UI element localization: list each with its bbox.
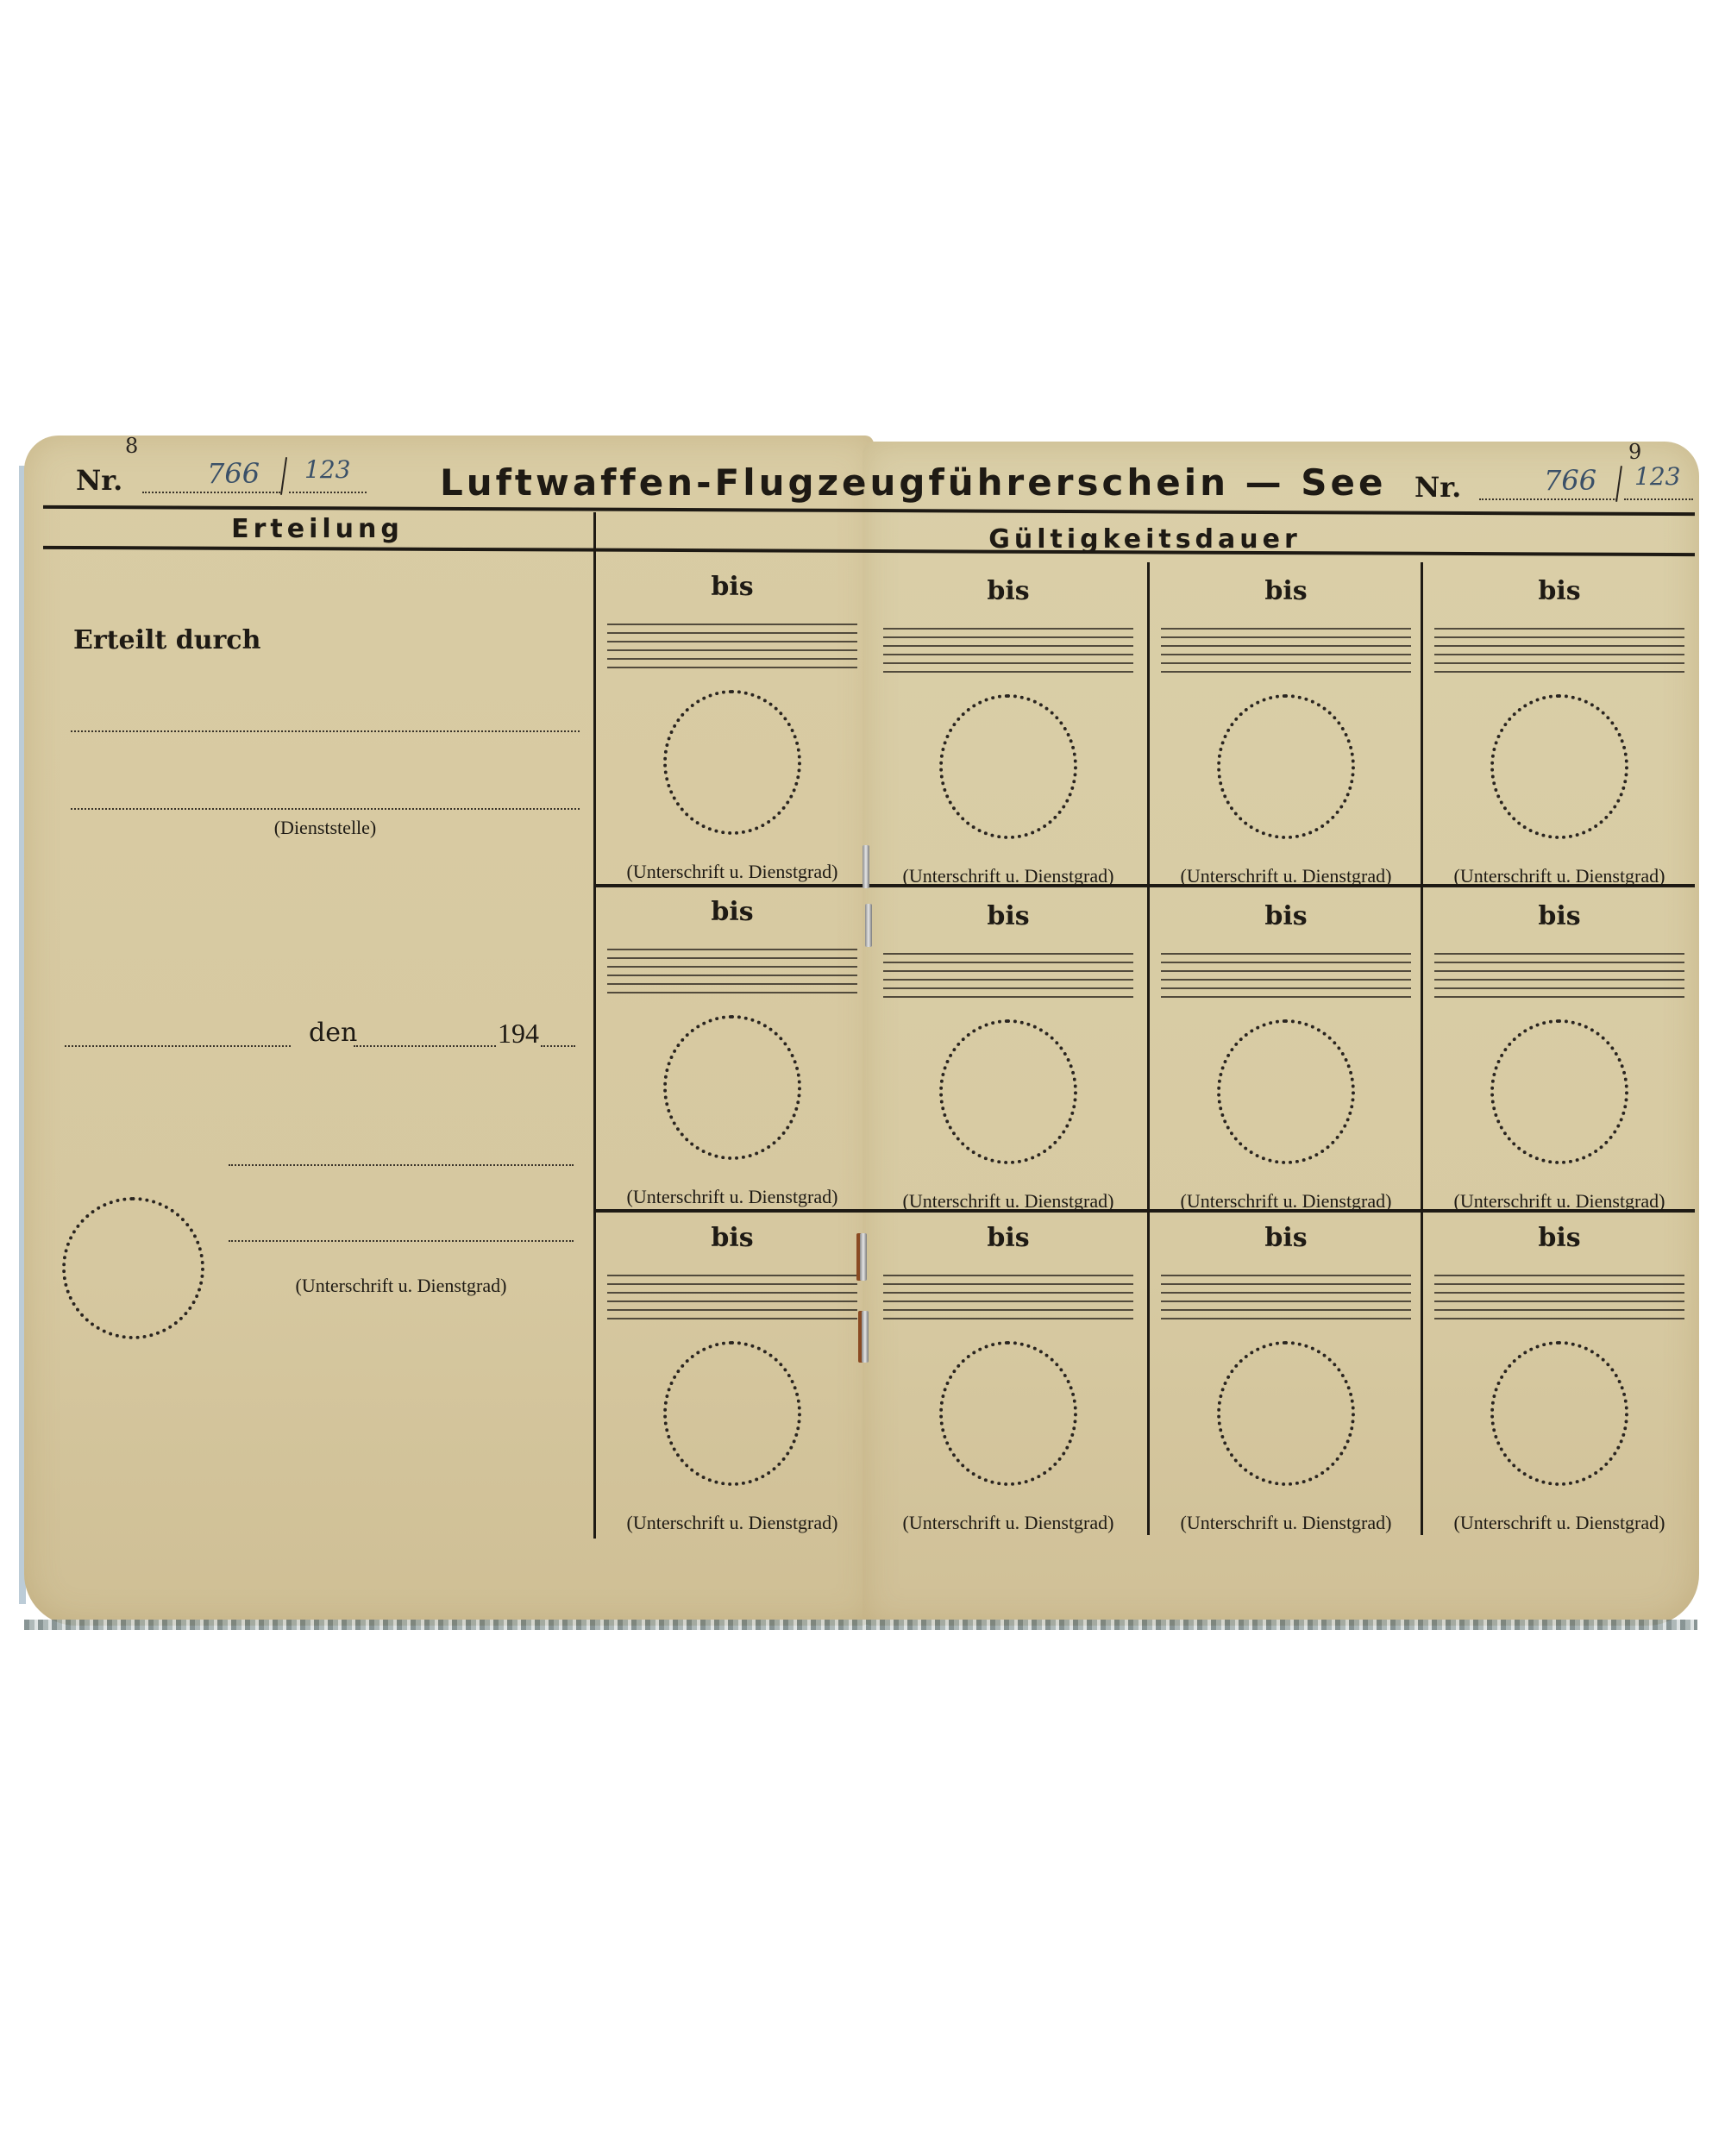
- signature-caption: (Unterschrift u. Dienstgrad): [871, 1512, 1145, 1534]
- bis-label: bis: [871, 576, 1145, 606]
- validity-cell: bis (Unterschrift u. Dienstgrad): [871, 569, 1145, 893]
- stamp-circle: [1217, 1341, 1355, 1486]
- validity-cell: bis (Unterschrift u. Dienstgrad): [595, 565, 869, 888]
- date-den-label: den: [309, 1018, 357, 1048]
- nr-sub-left: 123: [304, 455, 350, 484]
- nr-field-left: [142, 490, 280, 493]
- nr-value-right: 766: [1544, 464, 1596, 497]
- signature-caption: (Unterschrift u. Dienstgrad): [1149, 865, 1423, 887]
- section-heading-erteilung: Erteilung: [43, 514, 592, 544]
- staple-bottom-lower: [862, 1311, 869, 1363]
- signature-caption: (Unterschrift u. Dienstgrad): [1422, 1190, 1697, 1213]
- signature-caption: (Unterschrift u. Dienstgrad): [1422, 1512, 1697, 1534]
- signature-caption: (Unterschrift u. Dienstgrad): [1149, 1190, 1423, 1213]
- bis-label: bis: [1422, 576, 1697, 606]
- date-entry-lines[interactable]: [883, 628, 1133, 673]
- date-entry-lines[interactable]: [883, 1275, 1133, 1319]
- nr-label-left: Nr.: [76, 464, 122, 497]
- stamp-circle: [1217, 694, 1355, 839]
- stamp-circle: [939, 694, 1077, 839]
- validity-cell: bis (Unterschrift u. Dienstgrad): [871, 1216, 1145, 1539]
- signature-caption: (Unterschrift u. Dienstgrad): [1149, 1512, 1423, 1534]
- stamp-circle: [1490, 694, 1628, 839]
- nr-field-right: [1479, 497, 1617, 500]
- staple-top-upper: [862, 845, 869, 888]
- validity-cell: bis (Unterschrift u. Dienstgrad): [1422, 569, 1697, 893]
- signature-caption: (Unterschrift u. Dienstgrad): [595, 1186, 869, 1208]
- bis-label: bis: [1149, 576, 1423, 606]
- staple-top-lower: [865, 904, 872, 947]
- nr-label-right: Nr.: [1414, 471, 1461, 504]
- nr-sub-right: 123: [1634, 462, 1680, 491]
- document-title: Luftwaffen-Flugzeugführerschein — See: [440, 461, 1387, 504]
- validity-cell: bis (Unterschrift u. Dienstgrad): [595, 1216, 869, 1539]
- bis-label: bis: [871, 901, 1145, 931]
- bis-label: bis: [595, 572, 869, 602]
- stamp-circle: [1217, 1019, 1355, 1164]
- validity-cell: bis (Unterschrift u. Dienstgrad): [595, 890, 869, 1213]
- signature-caption: (Unterschrift u. Dienstgrad): [871, 1190, 1145, 1213]
- bis-label: bis: [595, 1223, 869, 1253]
- validity-cell: bis (Unterschrift u. Dienstgrad): [1422, 1216, 1697, 1539]
- date-entry-lines[interactable]: [1434, 953, 1684, 998]
- date-field[interactable]: [354, 1044, 496, 1047]
- stamp-circle: [663, 690, 801, 835]
- validity-cell: bis (Unterschrift u. Dienstgrad): [1422, 894, 1697, 1218]
- date-entry-lines[interactable]: [1161, 953, 1411, 998]
- date-entry-lines[interactable]: [1434, 1275, 1684, 1319]
- bottom-cover-edge: [24, 1620, 1697, 1630]
- date-entry-lines[interactable]: [1161, 628, 1411, 673]
- stamp-circle: [939, 1341, 1077, 1486]
- bis-label: bis: [1422, 901, 1697, 931]
- date-entry-lines[interactable]: [883, 953, 1133, 998]
- year-suffix-field[interactable]: [541, 1044, 575, 1047]
- signature-caption: (Unterschrift u. Dienstgrad): [595, 861, 869, 883]
- date-entry-lines[interactable]: [607, 1275, 857, 1319]
- stamp-circle: [939, 1019, 1077, 1164]
- place-field[interactable]: [65, 1044, 291, 1047]
- page-number-right: 9: [1628, 440, 1641, 464]
- signature-caption: (Unterschrift u. Dienstgrad): [1422, 865, 1697, 887]
- issued-by-label: Erteilt durch: [73, 625, 260, 655]
- nr-sub-field-right: [1624, 497, 1693, 500]
- signature-caption-left: (Unterschrift u. Dienstgrad): [229, 1275, 574, 1297]
- validity-cell: bis (Unterschrift u. Dienstgrad): [871, 894, 1145, 1218]
- date-entry-lines[interactable]: [1161, 1275, 1411, 1319]
- issued-by-line-1[interactable]: [71, 729, 580, 732]
- signature-line-2[interactable]: [229, 1238, 574, 1242]
- date-year-prefix: 194: [498, 1018, 539, 1050]
- official-seal-circle: [62, 1197, 204, 1339]
- date-entry-lines[interactable]: [607, 949, 857, 993]
- office-caption: (Dienststelle): [71, 817, 580, 839]
- signature-line-1[interactable]: [229, 1163, 574, 1166]
- signature-caption: (Unterschrift u. Dienstgrad): [871, 865, 1145, 887]
- validity-cell: bis (Unterschrift u. Dienstgrad): [1149, 894, 1423, 1218]
- stamp-circle: [1490, 1019, 1628, 1164]
- bis-label: bis: [1422, 1223, 1697, 1253]
- bis-label: bis: [1149, 1223, 1423, 1253]
- validity-cell: bis (Unterschrift u. Dienstgrad): [1149, 1216, 1423, 1539]
- staple-bottom-upper: [860, 1233, 867, 1281]
- nr-value-left: 766: [207, 457, 260, 490]
- page-number-left: 8: [125, 434, 138, 458]
- validity-cell: bis (Unterschrift u. Dienstgrad): [1149, 569, 1423, 893]
- stamp-circle: [663, 1341, 801, 1486]
- nr-sub-field-left: [289, 490, 367, 493]
- bis-label: bis: [595, 897, 869, 927]
- section-heading-gueltigkeitsdauer: Gültigkeitsdauer: [595, 524, 1695, 555]
- date-entry-lines[interactable]: [1434, 628, 1684, 673]
- bis-label: bis: [1149, 901, 1423, 931]
- stamp-circle: [1490, 1341, 1628, 1486]
- signature-caption: (Unterschrift u. Dienstgrad): [595, 1512, 869, 1534]
- issued-by-line-2[interactable]: [71, 806, 580, 810]
- stamp-circle: [663, 1015, 801, 1160]
- date-entry-lines[interactable]: [607, 624, 857, 668]
- bis-label: bis: [871, 1223, 1145, 1253]
